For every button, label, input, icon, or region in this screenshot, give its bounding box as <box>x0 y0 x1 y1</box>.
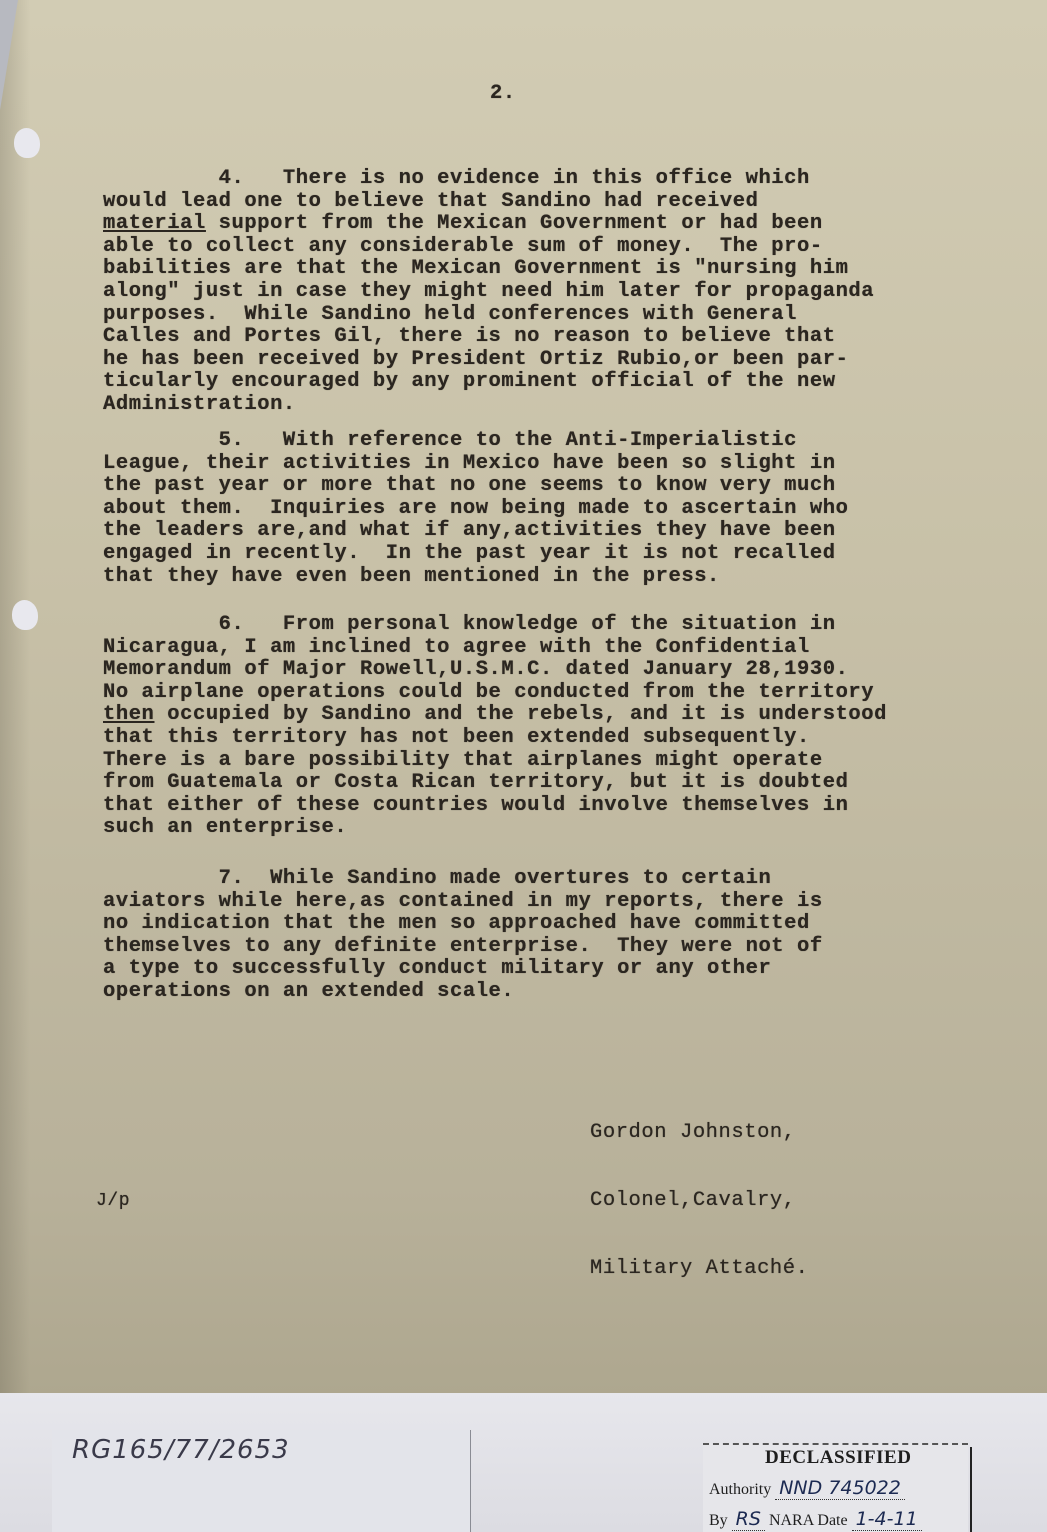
text-line: Nicaragua, I am inclined to agree with t… <box>103 637 887 660</box>
signature-title: Military Attaché. <box>590 1258 808 1281</box>
signature-block: Gordon Johnston, Colonel,Cavalry, Milita… <box>590 1077 808 1326</box>
text-line: League, their activities in Mexico have … <box>103 453 848 476</box>
signature-rank: Colonel,Cavalry, <box>590 1190 808 1213</box>
text-line: themselves to any definite enterprise. T… <box>103 936 823 959</box>
text-line: purposes. While Sandino held conferences… <box>103 304 874 327</box>
text-line: There is a bare possibility that airplan… <box>103 750 887 773</box>
text-line: then occupied by Sandino and the rebels,… <box>103 704 887 727</box>
text-line: 5. With reference to the Anti-Imperialis… <box>103 430 848 453</box>
paragraph-7: 7. While Sandino made overtures to certa… <box>103 868 823 1004</box>
text-line: operations on an extended scale. <box>103 981 823 1004</box>
text-line: No airplane operations could be conducte… <box>103 682 887 705</box>
by-label: By <box>709 1512 728 1529</box>
punch-hole <box>14 128 40 158</box>
declassified-stamp: DECLASSIFIED Authority NND 745022 By RS … <box>703 1443 968 1532</box>
stamp-authority: Authority NND 745022 <box>709 1477 905 1499</box>
stamp-by: By RS NARA Date 1-4-11 <box>709 1508 922 1530</box>
text-line: from Guatemala or Costa Rican territory,… <box>103 772 887 795</box>
text-line: aviators while here,as contained in my r… <box>103 891 823 914</box>
authority-label: Authority <box>709 1481 771 1498</box>
nara-date-value: 1-4-11 <box>852 1508 922 1531</box>
text-line: babilities are that the Mexican Governme… <box>103 258 874 281</box>
text-line: ticularly encouraged by any prominent of… <box>103 371 874 394</box>
text-line: that either of these countries would inv… <box>103 795 887 818</box>
text-line: Calles and Portes Gil, there is no reaso… <box>103 326 874 349</box>
text-line: material support from the Mexican Govern… <box>103 213 874 236</box>
text-line: about them. Inquiries are now being made… <box>103 498 848 521</box>
text-line: 4. There is no evidence in this office w… <box>103 168 874 191</box>
text-line: no indication that the men so approached… <box>103 913 823 936</box>
stamp-border <box>970 1447 972 1532</box>
nara-date-label: NARA Date <box>769 1512 848 1529</box>
paragraph-5: 5. With reference to the Anti-Imperialis… <box>103 430 848 588</box>
text-line: Administration. <box>103 394 874 417</box>
document-page: 2. 4. There is no evidence in this offic… <box>0 0 1047 1395</box>
text-line: the past year or more that no one seems … <box>103 475 848 498</box>
underlined-word: material <box>103 212 206 235</box>
text-line: engaged in recently. In the past year it… <box>103 543 848 566</box>
paper-corner <box>0 0 18 110</box>
text-line: Memorandum of Major Rowell,U.S.M.C. date… <box>103 659 887 682</box>
text-line: such an enterprise. <box>103 817 887 840</box>
record-label-card: RG165/77/2653 <box>52 1430 471 1532</box>
page-number: 2. <box>490 83 516 106</box>
signature-name: Gordon Johnston, <box>590 1122 808 1145</box>
paragraph-6: 6. From personal knowledge of the situat… <box>103 614 887 840</box>
authority-value: NND 745022 <box>775 1477 905 1500</box>
text-line: able to collect any considerable sum of … <box>103 236 874 259</box>
text-line: along" just in case they might need him … <box>103 281 874 304</box>
paragraph-4: 4. There is no evidence in this office w… <box>103 168 874 417</box>
by-value: RS <box>732 1508 765 1531</box>
underlined-word: then <box>103 703 154 726</box>
text-line: a type to successfully conduct military … <box>103 958 823 981</box>
punch-hole <box>12 600 38 630</box>
text-line: that they have even been mentioned in th… <box>103 566 848 589</box>
text-line: the leaders are,and what if any,activiti… <box>103 520 848 543</box>
text-line: would lead one to believe that Sandino h… <box>103 191 874 214</box>
text-line: 6. From personal knowledge of the situat… <box>103 614 887 637</box>
text-line: 7. While Sandino made overtures to certa… <box>103 868 823 891</box>
typist-initials: J/p <box>96 1190 130 1213</box>
text-line: that this territory has not been extende… <box>103 727 887 750</box>
record-id: RG165/77/2653 <box>72 1435 290 1465</box>
stamp-title: DECLASSIFIED <box>765 1447 911 1469</box>
text-line: he has been received by President Ortiz … <box>103 349 874 372</box>
